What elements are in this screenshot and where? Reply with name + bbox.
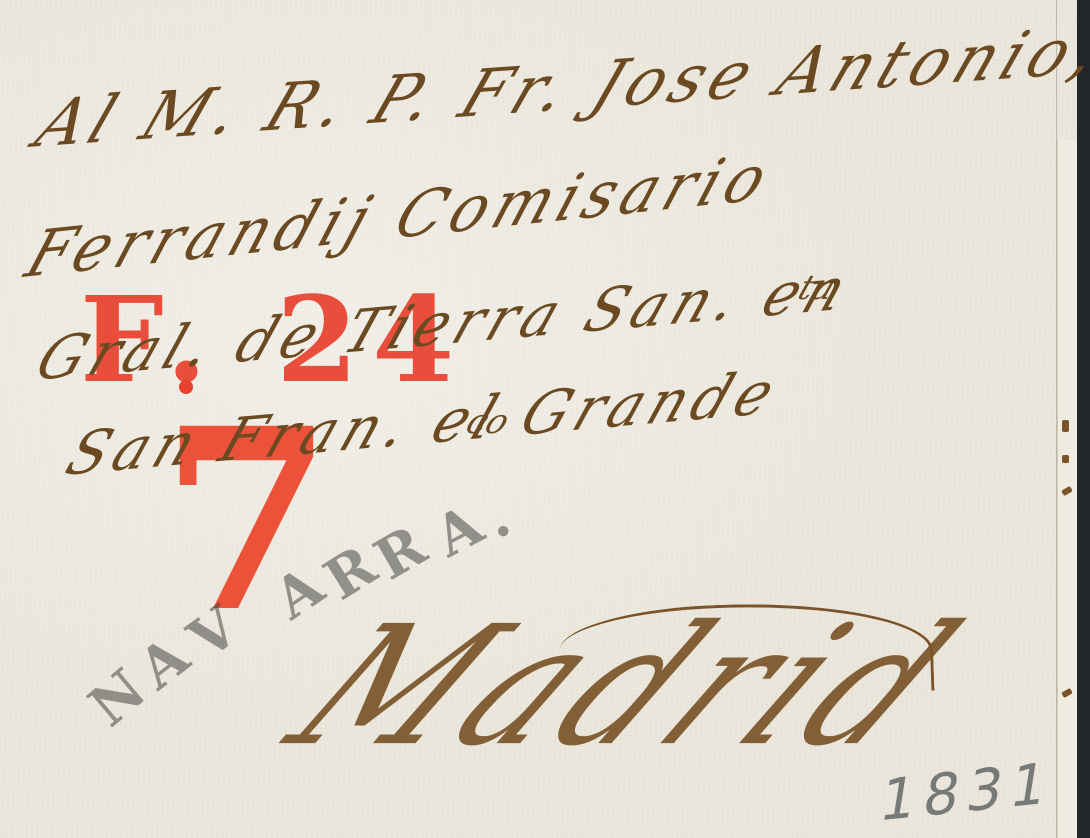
- ink-mark: [1062, 455, 1069, 463]
- background-edge: [1077, 0, 1090, 838]
- ink-mark: [1062, 420, 1069, 432]
